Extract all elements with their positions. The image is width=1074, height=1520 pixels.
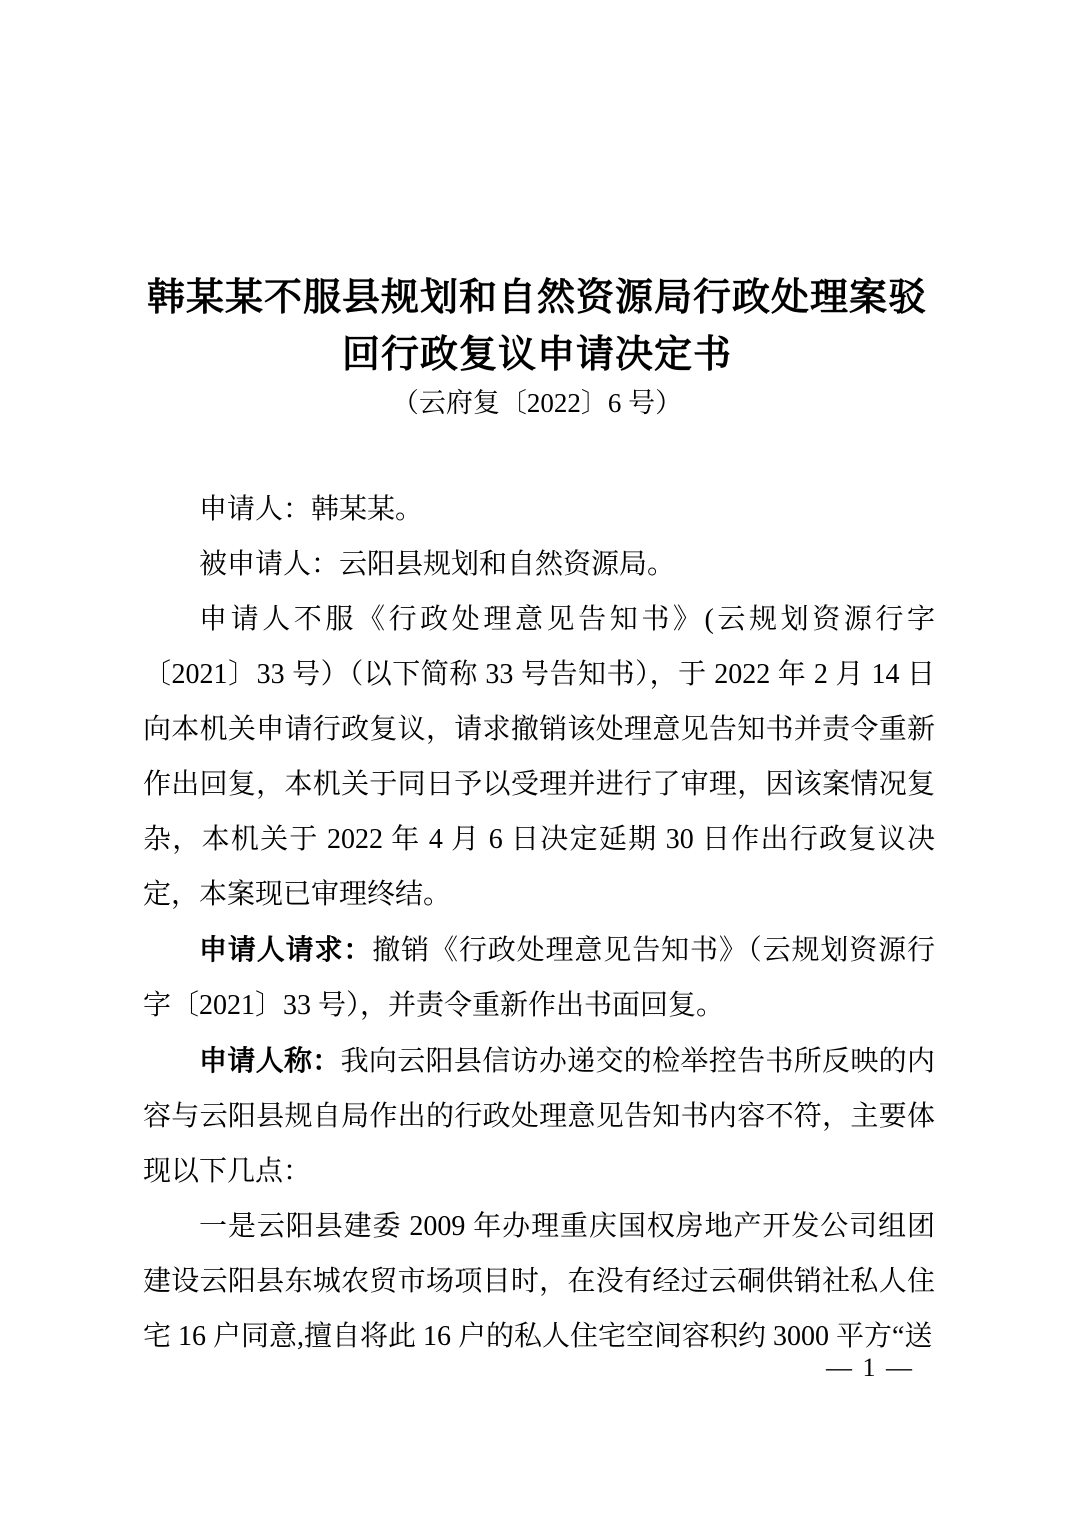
paragraph: 被申请人：云阳县规划和自然资源局。 — [143, 537, 935, 592]
document-page: 韩某某不服县规划和自然资源局行政处理案驳 回行政复议申请决定书 （云府复〔202… — [0, 0, 1074, 1520]
paragraph-text: 被申请人：云阳县规划和自然资源局。 — [199, 549, 675, 580]
paragraph-text: 一是云阳县建委 2009 年办理重庆国权房地产开发公司组团建设云阳县东城农贸市场… — [143, 1211, 935, 1352]
document-title-line1: 韩某某不服县规划和自然资源局行政处理案驳 — [60, 270, 1014, 327]
paragraph: 申请人：韩某某。 — [143, 482, 935, 537]
document-title-line2: 回行政复议申请决定书 — [60, 327, 1014, 384]
page-number: — 1 — — [826, 1352, 914, 1384]
paragraph-label: 申请人请求： — [199, 934, 372, 965]
paragraph: 申请人请求：撤销《行政处理意见告知书》（云规划资源行字〔2021〕33 号），并… — [143, 922, 935, 1033]
paragraph-text: 申请人不服《行政处理意见告知书》(云规划资源行字〔2021〕33 号）（以下简称… — [143, 604, 935, 910]
paragraph: 申请人称：我向云阳县信访办递交的检举控告书所反映的内容与云阳县规自局作出的行政处… — [143, 1033, 935, 1199]
document-body: 申请人：韩某某。被申请人：云阳县规划和自然资源局。申请人不服《行政处理意见告知书… — [143, 482, 935, 1364]
paragraph-text: 申请人：韩某某。 — [199, 494, 423, 525]
document-title: 韩某某不服县规划和自然资源局行政处理案驳 回行政复议申请决定书 — [60, 270, 1014, 384]
paragraph: 一是云阳县建委 2009 年办理重庆国权房地产开发公司组团建设云阳县东城农贸市场… — [143, 1199, 935, 1364]
document-number: （云府复〔2022〕6 号） — [0, 386, 1074, 420]
paragraph: 申请人不服《行政处理意见告知书》(云规划资源行字〔2021〕33 号）（以下简称… — [143, 592, 935, 922]
paragraph-label: 申请人称： — [199, 1045, 341, 1076]
